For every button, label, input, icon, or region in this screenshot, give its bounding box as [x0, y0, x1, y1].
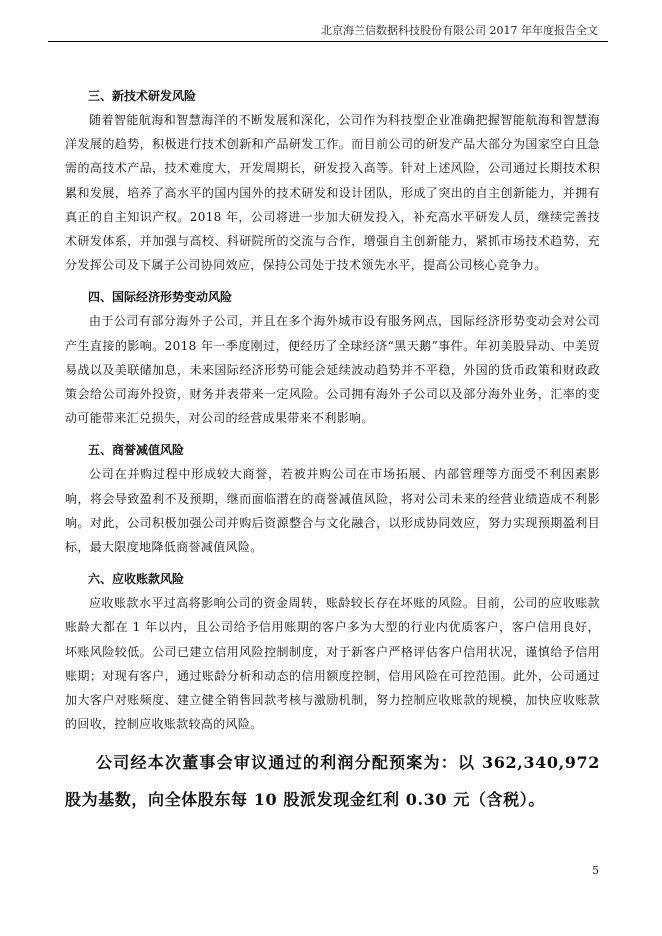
section-paragraph: 应收账款水平过高将影响公司的资金周转，账龄较长存在坏账的风险。目前，公司的应收账…	[65, 591, 600, 736]
page-number: 5	[592, 864, 599, 877]
header-divider	[48, 41, 608, 42]
dividend-statement: 公司经本次董事会审议通过的利润分配预案为：以 362,340,972 股为基数，…	[65, 744, 600, 818]
section-heading: 四、国际经济形势变动风险	[88, 285, 600, 309]
section-heading: 六、应收账款风险	[88, 567, 600, 591]
section-heading: 五、商誉减值风险	[88, 438, 600, 462]
section-tech-rd-risk: 三、新技术研发风险 随着智能航海和智慧海洋的不断发展和深化，公司作为科技型企业准…	[65, 84, 600, 277]
section-intl-economy-risk: 四、国际经济形势变动风险 由于公司有部分海外子公司，并且在多个海外城市设有服务网…	[65, 285, 600, 430]
section-paragraph: 公司在并购过程中形成较大商誉，若被并购公司在市场拓展、内部管理等方面受不利因素影…	[65, 462, 600, 559]
section-paragraph: 随着智能航海和智慧海洋的不断发展和深化，公司作为科技型企业准确把握智能航海和智慧…	[65, 108, 600, 277]
section-paragraph: 由于公司有部分海外子公司，并且在多个海外城市设有服务网点，国际经济形势变动会对公…	[65, 309, 600, 430]
section-receivables-risk: 六、应收账款风险 应收账款水平过高将影响公司的资金周转，账龄较长存在坏账的风险。…	[65, 567, 600, 736]
report-header-title: 北京海兰信数据科技股份有限公司 2017 年年度报告全文	[321, 22, 598, 38]
document-body: 三、新技术研发风险 随着智能航海和智慧海洋的不断发展和深化，公司作为科技型企业准…	[65, 84, 600, 818]
section-goodwill-risk: 五、商誉减值风险 公司在并购过程中形成较大商誉，若被并购公司在市场拓展、内部管理…	[65, 438, 600, 559]
section-heading: 三、新技术研发风险	[88, 84, 600, 108]
